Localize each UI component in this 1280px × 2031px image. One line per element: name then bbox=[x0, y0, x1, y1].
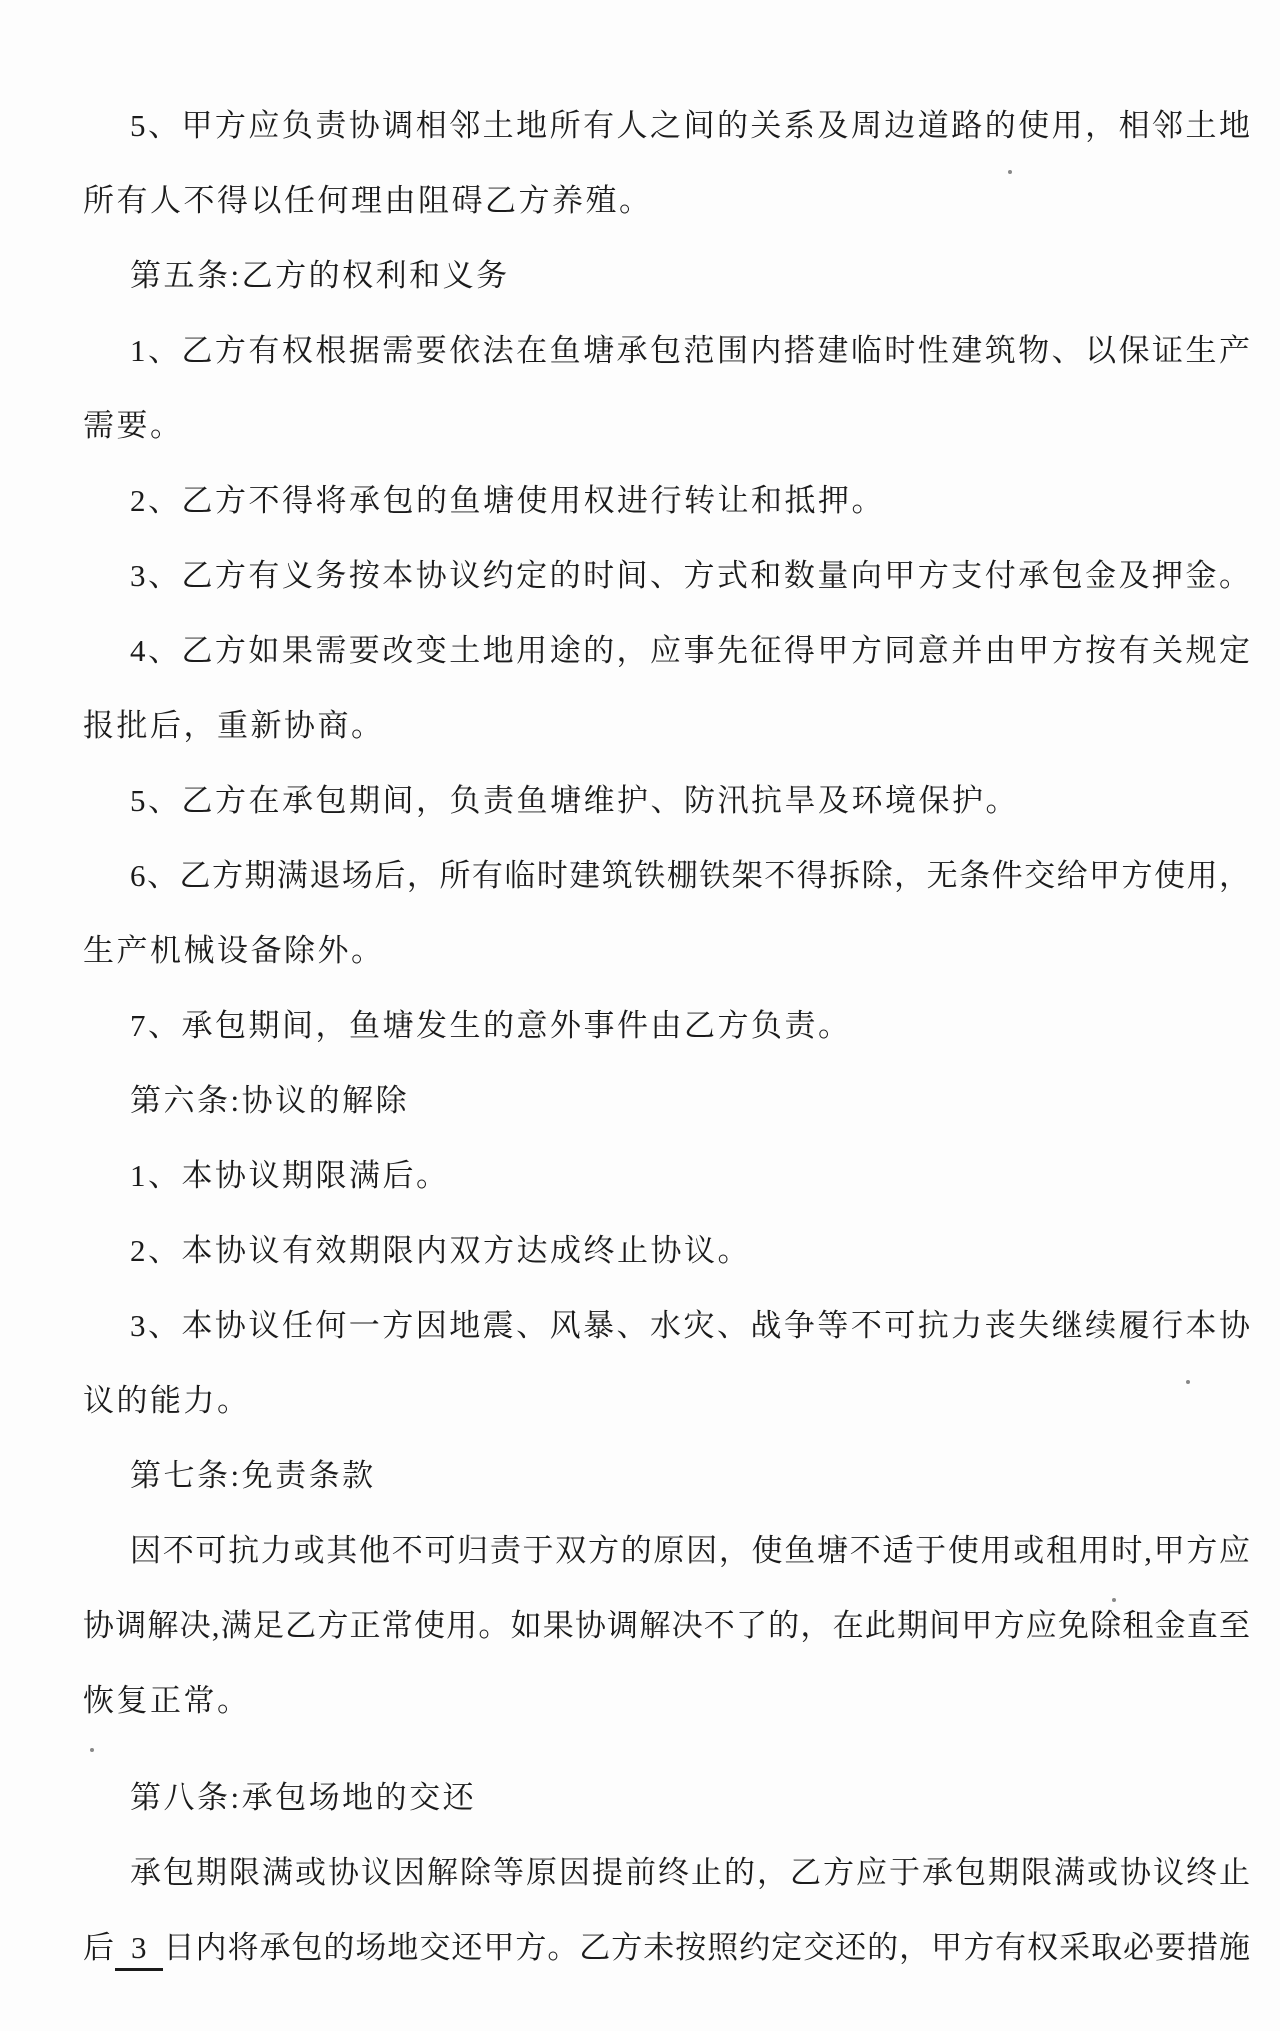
text-line: 1、乙方有权根据需要依法在鱼塘承包范围内搭建临时性建筑物、以保证生产 bbox=[83, 313, 1250, 388]
text-segment: 日内将承包的场地交还甲方。乙方未按照约定交还的，甲方有权采取必要措施 bbox=[163, 1930, 1251, 1965]
text-line: 2、乙方不得将承包的鱼塘使用权进行转让和抵押。 bbox=[83, 463, 1250, 538]
text-segment: 后 bbox=[83, 1930, 115, 1965]
text-line: 生产机械设备除外。 bbox=[83, 913, 1250, 988]
text-line: 所有人不得以任何理由阻碍乙方养殖。 bbox=[83, 163, 1250, 238]
text-line: 5、乙方在承包期间，负责鱼塘维护、防汛抗旱及环境保护。 bbox=[83, 763, 1250, 838]
text-line: 7、承包期间，鱼塘发生的意外事件由乙方负责。 bbox=[83, 988, 1250, 1063]
text-line: 3、本协议任何一方因地震、风暴、水灾、战争等不可抗力丧失继续履行本协 bbox=[83, 1288, 1250, 1363]
text-line: 协调解决,满足乙方正常使用。如果协调解决不了的，在此期间甲方应免除租金直至 bbox=[83, 1588, 1250, 1663]
text-line: 需要。 bbox=[83, 388, 1250, 463]
text-line: 恢复正常。 bbox=[83, 1663, 1250, 1738]
scan-artifact-dot bbox=[1008, 170, 1012, 174]
text-line: 因不可抗力或其他不可归责于双方的原因，使鱼塘不适于使用或租用时,甲方应 bbox=[83, 1513, 1250, 1588]
scan-artifact-dot bbox=[90, 1748, 94, 1752]
scan-artifact-dot bbox=[1112, 1598, 1116, 1602]
filled-blank-value: 3 bbox=[115, 1928, 163, 1971]
text-line: 3、乙方有义务按本协议约定的时间、方式和数量向甲方支付承包金及押金。 bbox=[83, 538, 1250, 613]
section-heading: 第六条:协议的解除 bbox=[83, 1063, 1250, 1138]
text-line: 6、乙方期满退场后，所有临时建筑铁棚铁架不得拆除，无条件交给甲方使用， bbox=[83, 838, 1250, 913]
scan-artifact-dot bbox=[1186, 1380, 1190, 1384]
text-line: 后3日内将承包的场地交还甲方。乙方未按照约定交还的，甲方有权采取必要措施 bbox=[83, 1910, 1250, 1985]
text-line: 报批后，重新协商。 bbox=[83, 688, 1250, 763]
text-line: 1、本协议期限满后。 bbox=[83, 1138, 1250, 1213]
contract-body: 5、甲方应负责协调相邻土地所有人之间的关系及周边道路的使用，相邻土地所有人不得以… bbox=[83, 88, 1250, 1985]
text-line: 议的能力。 bbox=[83, 1363, 1250, 1438]
contract-scan-page: 5、甲方应负责协调相邻土地所有人之间的关系及周边道路的使用，相邻土地所有人不得以… bbox=[0, 0, 1280, 2031]
section-heading: 第七条:免责条款 bbox=[83, 1438, 1250, 1513]
text-line: 承包期限满或协议因解除等原因提前终止的，乙方应于承包期限满或协议终止 bbox=[83, 1835, 1250, 1910]
text-line: 5、甲方应负责协调相邻土地所有人之间的关系及周边道路的使用，相邻土地 bbox=[83, 88, 1250, 163]
text-line: 4、乙方如果需要改变土地用途的，应事先征得甲方同意并由甲方按有关规定 bbox=[83, 613, 1250, 688]
section-heading: 第八条:承包场地的交还 bbox=[83, 1760, 1250, 1835]
scan-artifact-dot bbox=[1188, 563, 1192, 567]
text-line: 2、本协议有效期限内双方达成终止协议。 bbox=[83, 1213, 1250, 1288]
section-heading: 第五条:乙方的权利和义务 bbox=[83, 238, 1250, 313]
